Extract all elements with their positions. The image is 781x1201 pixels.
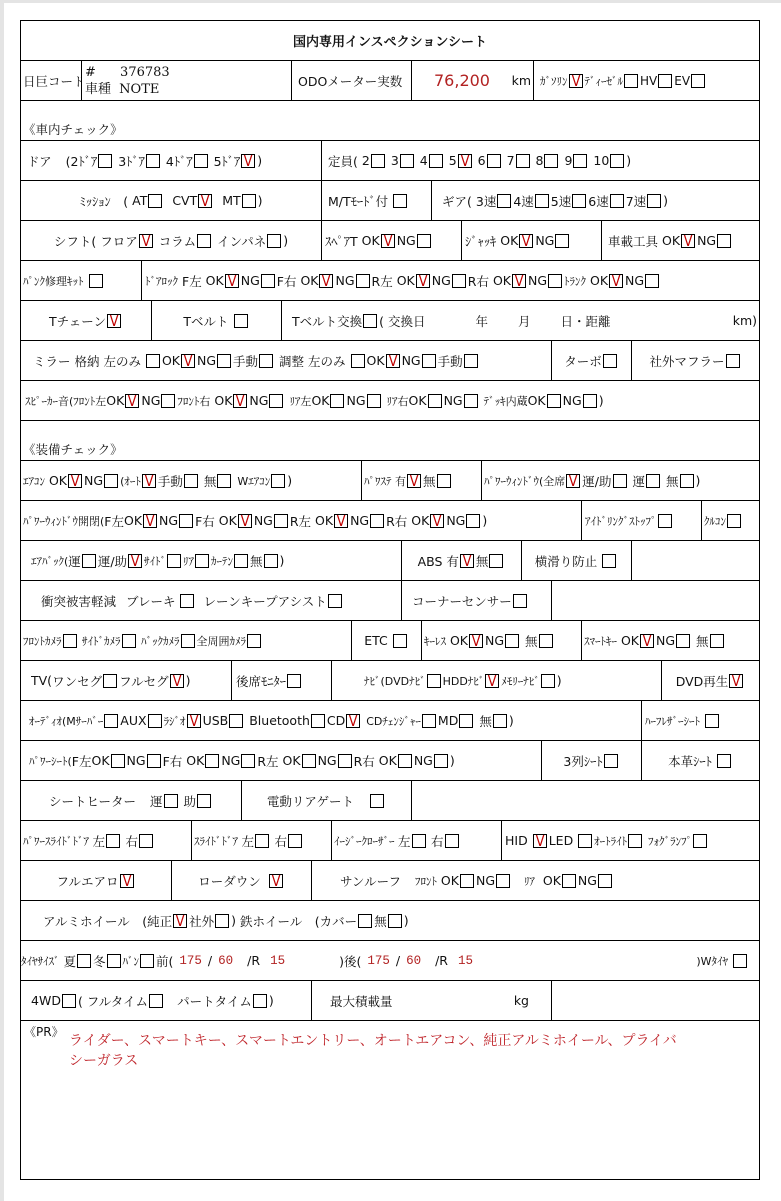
collision-row: 衝突被害軽減 ブレーキ レーンキープアシスト コーナーセンサー xyxy=(21,581,759,621)
jack-ok-checkbox[interactable] xyxy=(519,234,533,248)
power-slide-right[interactable] xyxy=(139,834,153,848)
aircon-w[interactable] xyxy=(271,474,285,488)
aircon-ok[interactable] xyxy=(68,474,82,488)
tbelt-checkbox[interactable] xyxy=(234,314,248,328)
pw-none[interactable] xyxy=(680,474,694,488)
capacity-5-label: 5 xyxy=(449,153,457,168)
shift-row: シフト( フロア コラム インパネ) ｽﾍﾟｱTOKNG ｼﾞｬｯｷOKNG 車… xyxy=(21,221,759,261)
led-checkbox[interactable] xyxy=(578,834,592,848)
pr-text: ライダー、スマートキー、スマートエントリー、オートエアコン、純正アルミホイール、… xyxy=(69,1031,689,1071)
model-value: NOTE xyxy=(119,82,159,97)
fuel-gasoline-checkbox[interactable] xyxy=(569,74,583,88)
back-camera-label: ﾊﾞｯｸｶﾒﾗ xyxy=(141,633,180,649)
sheet-title: 国内専用インスペクションシート xyxy=(21,21,759,60)
doorlock-fl-ng[interactable] xyxy=(261,274,275,288)
doorlock-rl-ok[interactable] xyxy=(416,274,430,288)
seat-heater-driver[interactable] xyxy=(164,794,178,808)
capacity-8-checkbox[interactable] xyxy=(544,154,558,168)
capacity-6-checkbox[interactable] xyxy=(487,154,501,168)
door-3-checkbox[interactable] xyxy=(146,154,160,168)
audio-radio[interactable] xyxy=(187,714,201,728)
gear-6-checkbox[interactable] xyxy=(610,194,624,208)
pw-open-rr-ng[interactable] xyxy=(466,514,480,528)
capacity-4-checkbox[interactable] xyxy=(429,154,443,168)
aircon-w-label: Wｴｱｺﾝ xyxy=(237,473,270,489)
navi-dvd-label: DVDﾅﾋﾞ xyxy=(385,673,426,689)
capacity-10-label: 10 xyxy=(593,153,609,168)
speaker-rl-ng[interactable] xyxy=(367,394,381,408)
navi-hdd[interactable] xyxy=(485,674,499,688)
cruise-checkbox[interactable] xyxy=(727,514,741,528)
shift-floor-checkbox[interactable] xyxy=(139,234,153,248)
power-seat-fl-label: F左 xyxy=(72,752,92,770)
airbag-driver-passenger[interactable] xyxy=(128,554,142,568)
capacity-5-checkbox[interactable] xyxy=(458,154,472,168)
airbag-rear[interactable] xyxy=(195,554,209,568)
cruise-label: ｸﾙｺﾝ xyxy=(704,513,726,529)
powersteer-none[interactable] xyxy=(437,474,451,488)
pw-open-row: ﾊﾟﾜｰｳｨﾝﾄﾞｳ開閉(F左OKNG F右 OKNG R左 OKNG R右 O… xyxy=(21,501,759,541)
pw-driver[interactable] xyxy=(646,474,660,488)
muffler-label: 社外マフラー xyxy=(649,352,724,370)
slide-left[interactable] xyxy=(255,834,269,848)
foglamp-checkbox[interactable] xyxy=(693,834,707,848)
corner-sensor-checkbox[interactable] xyxy=(513,594,527,608)
tire-van-checkbox[interactable] xyxy=(140,954,154,968)
tire-winter-label: 冬 xyxy=(93,952,106,970)
tire-winter-checkbox[interactable] xyxy=(107,954,121,968)
mirror-row: ミラー 格納 左のみOKNG手動 調整 左のみOKNG手動 ターボ 社外マフラー xyxy=(21,341,759,381)
airbag-side[interactable] xyxy=(167,554,181,568)
power-slide-cell: ﾊﾟﾜｰｽﾗｲﾄﾞﾄﾞｱ 左 右 xyxy=(23,821,191,860)
turbo-cell: ターボ xyxy=(551,341,631,380)
slide-right[interactable] xyxy=(288,834,302,848)
speaker-deck-ng[interactable] xyxy=(583,394,597,408)
door-3-label: 3ﾄﾞｱ xyxy=(118,152,145,170)
airbag-side-label: ｻｲﾄﾞ xyxy=(144,553,166,569)
mirror-fold-ok[interactable] xyxy=(181,354,195,368)
power-seat-row: ﾊﾟﾜｰｼｰﾄ(F左OKNG F右 OKNG R左 OKNG R右 OKNG) … xyxy=(21,741,759,781)
audio-cd-changer-label: CDﾁｪﾝｼﾞｬｰ xyxy=(366,713,421,729)
pw-driver-label: 運 xyxy=(633,472,646,490)
half-leather-checkbox[interactable] xyxy=(705,714,719,728)
parttime-checkbox[interactable] xyxy=(253,994,267,1008)
power-window-label: ﾊﾟﾜｰｳｨﾝﾄﾞｳ(全席 xyxy=(484,473,565,489)
aircon-manual-label: 手動 xyxy=(158,472,183,490)
side-camera-label: ｻｲﾄﾞｶﾒﾗ xyxy=(82,633,121,649)
tire-size-label: ﾀｲﾔｻｲｽﾞ xyxy=(21,953,60,969)
rear-monitor-checkbox[interactable] xyxy=(287,674,301,688)
power-seat-fr-ok[interactable] xyxy=(205,754,219,768)
airbag-curtain[interactable] xyxy=(234,554,248,568)
tbelt-exchange-cell: Tベルト交換 ( 交換日 年 月 日・距離 km) xyxy=(281,301,759,340)
exchange-date-label: ( 交換日 xyxy=(379,312,425,330)
leather-checkbox[interactable] xyxy=(717,754,731,768)
puncture-kit-label: ﾊﾟﾝｸ修理ｷｯﾄ xyxy=(23,273,84,289)
speaker-rl-ok[interactable] xyxy=(330,394,344,408)
odo-label: ODOメーター実数 xyxy=(291,61,411,100)
w-tire-checkbox[interactable] xyxy=(733,954,747,968)
tire-rear-r-label: /R xyxy=(435,953,448,968)
full-aero-cell: フルエアロ xyxy=(21,861,171,900)
fuel-ev-label: EV xyxy=(674,74,690,88)
etc-checkbox[interactable] xyxy=(393,634,407,648)
fuel-ev-checkbox[interactable] xyxy=(691,74,705,88)
slide-left-label: 左 xyxy=(242,832,255,850)
steel-none-checkbox[interactable] xyxy=(388,914,402,928)
sunroof-front-ok[interactable] xyxy=(460,874,474,888)
pw-open-rl-ok[interactable] xyxy=(334,514,348,528)
sunroof-label: サンルーフ xyxy=(340,872,401,890)
spare-label: ｽﾍﾟｱT xyxy=(325,232,358,250)
doorlock-cell: ﾄﾞｱﾛｯｸ F左 OKNG F右 OKNG R左 OKNG R右 OKNG ﾄ… xyxy=(141,261,759,300)
tv-navi-row: TV( ワンセグフルセグ) 後席ﾓﾆﾀｰ ﾅﾋﾞ( DVDﾅﾋﾞHDDﾅﾋﾞﾒﾓ… xyxy=(21,661,759,701)
mt-mode-label: M/Tﾓｰﾄﾞ付 xyxy=(328,192,388,210)
mirror-cell: ミラー 格納 左のみOKNG手動 調整 左のみOKNG手動 xyxy=(21,341,551,380)
shift-panel-label: インパネ xyxy=(217,232,266,250)
audio-bluetooth[interactable] xyxy=(311,714,325,728)
pw-open-rr-ok[interactable] xyxy=(430,514,444,528)
smartkey-cell: ｽﾏｰﾄｷｰ OKNG 無 xyxy=(581,621,759,660)
tools-ok-checkbox[interactable] xyxy=(681,234,695,248)
pw-driver-passenger[interactable] xyxy=(613,474,627,488)
interior-section-heading: 《車内チェック》 xyxy=(23,101,759,140)
shift-panel-checkbox[interactable] xyxy=(267,234,281,248)
spare-cell: ｽﾍﾟｱTOKNG xyxy=(321,221,461,260)
max-load-unit: kg xyxy=(514,993,529,1008)
tchain-label: Tチェーン xyxy=(49,312,106,330)
airbag-driver[interactable] xyxy=(82,554,96,568)
aircon-row: ｴｱｺﾝ OKNG(ｵｰﾄ手動 無 Wｴｱｺﾝ) ﾊﾟﾜｽﾃ 有無 ﾊﾟﾜｰｳｨ… xyxy=(21,461,759,501)
audio-cell: ｵｰﾃﾞｨｵ( MｻｰﾊﾞｰAUXﾗｼﾞｵUSB BluetoothCD CDﾁ… xyxy=(29,701,641,740)
dvd-play-checkbox[interactable] xyxy=(729,674,743,688)
gear-7-checkbox[interactable] xyxy=(647,194,661,208)
doorlock-rl-label: R左 xyxy=(372,272,393,290)
tire-summer-checkbox[interactable] xyxy=(77,954,91,968)
spare-ok-checkbox[interactable] xyxy=(381,234,395,248)
audio-cd-changer[interactable] xyxy=(422,714,436,728)
speaker-rr-ng[interactable] xyxy=(464,394,478,408)
power-seat-rl-ok[interactable] xyxy=(302,754,316,768)
mission-cvt-checkbox[interactable] xyxy=(198,194,212,208)
smartkey-ng[interactable] xyxy=(676,634,690,648)
slide-right-label: 右 xyxy=(275,832,288,850)
aircon-auto[interactable] xyxy=(142,474,156,488)
side-camera-checkbox[interactable] xyxy=(122,634,136,648)
power-window-all[interactable] xyxy=(566,474,580,488)
puncture-kit-checkbox[interactable] xyxy=(89,274,103,288)
turbo-label: ターボ xyxy=(564,352,602,370)
capacity-10-checkbox[interactable] xyxy=(610,154,624,168)
lowdown-checkbox[interactable] xyxy=(269,874,283,888)
tools-ng-checkbox[interactable] xyxy=(717,234,731,248)
third-row-checkbox[interactable] xyxy=(604,754,618,768)
drive-row: 4WD( フルタイム パートタイム) 最大積載量 kg xyxy=(21,981,759,1021)
tv-oneseg-label: ワンセグ xyxy=(52,672,102,690)
power-seat-fl-ok[interactable] xyxy=(111,754,125,768)
aircon-ng[interactable] xyxy=(104,474,118,488)
fourwd-checkbox[interactable] xyxy=(62,994,76,1008)
lane-keep-checkbox[interactable] xyxy=(328,594,342,608)
half-leather-label: ﾊｰﾌﾚｻﾞｰｼｰﾄ xyxy=(645,713,700,729)
power-rear-gate-checkbox[interactable] xyxy=(370,794,384,808)
easy-closer-left[interactable] xyxy=(412,834,426,848)
alloy-aftermarket-checkbox[interactable] xyxy=(215,914,229,928)
fuel-hv-checkbox[interactable] xyxy=(658,74,672,88)
mirror-fold-ng[interactable] xyxy=(217,354,231,368)
speaker-label: ｽﾋﾟｰｶｰ音( xyxy=(25,393,73,409)
power-slide-label: ﾊﾟﾜｰｽﾗｲﾄﾞﾄﾞｱ xyxy=(23,833,89,849)
mirror-adjust-left-only[interactable] xyxy=(351,354,365,368)
alloy-label: アルミホイール ( xyxy=(43,912,147,930)
doorlock-rl-ng[interactable] xyxy=(452,274,466,288)
gear-5-checkbox[interactable] xyxy=(572,194,586,208)
slide-label: ｽﾗｲﾄﾞﾄﾞｱ xyxy=(194,833,238,849)
turbo-checkbox[interactable] xyxy=(603,354,617,368)
gear-4-checkbox[interactable] xyxy=(535,194,549,208)
autolight-checkbox[interactable] xyxy=(628,834,642,848)
audio-md[interactable] xyxy=(459,714,473,728)
mission-cell: ﾐｯｼｮﾝ ( AT CVT MT) xyxy=(21,181,321,220)
audio-cd[interactable] xyxy=(346,714,360,728)
fulltime-checkbox[interactable] xyxy=(149,994,163,1008)
tools-cell: 車載工具OKNG xyxy=(601,221,759,260)
keyless-none[interactable] xyxy=(539,634,553,648)
odo-value: 76,200 xyxy=(434,71,490,90)
easy-closer-cell: ｲｰｼﾞｰｸﾛｰｻﾞｰ 左 右 xyxy=(331,821,501,860)
lane-keep-label: レーンキープアシスト xyxy=(204,592,327,610)
doorlock-rr-ng[interactable] xyxy=(548,274,562,288)
capacity-label: 定員( xyxy=(328,152,358,170)
tire-front-rim: 15 xyxy=(270,954,285,968)
audio-aux[interactable] xyxy=(148,714,162,728)
power-seat-rr-ok[interactable] xyxy=(398,754,412,768)
pw-open-fr-ok[interactable] xyxy=(238,514,252,528)
mirror-adjust-manual-label: 手動 xyxy=(438,352,463,370)
tv-cell: TV( ワンセグフルセグ) xyxy=(31,661,231,700)
seat-heater-row: シートヒーター 運 助 電動リアゲート xyxy=(21,781,759,821)
autolight-label: ｵｰﾄﾗｲﾄ xyxy=(594,833,627,849)
powersteer-yes[interactable] xyxy=(407,474,421,488)
speaker-deck-ok[interactable] xyxy=(547,394,561,408)
airbag-none-label: 無 xyxy=(250,552,263,570)
mirror-fold-left-only[interactable] xyxy=(146,354,160,368)
power-slide-left[interactable] xyxy=(106,834,120,848)
tire-rear-width: 175 xyxy=(367,954,390,968)
gear-3-checkbox[interactable] xyxy=(497,194,511,208)
door-cell: ドア (2ﾄﾞｱ 3ﾄﾞｱ 4ﾄﾞｱ 5ﾄﾞｱ) xyxy=(21,141,321,180)
muffler-cell: 社外マフラー xyxy=(631,341,759,380)
door-capacity-row: ドア (2ﾄﾞｱ 3ﾄﾞｱ 4ﾄﾞｱ 5ﾄﾞｱ) 定員( 2 3 4 5 6 7… xyxy=(21,141,759,181)
door-label: ドア xyxy=(27,152,52,170)
gear-6-label: 6速 xyxy=(588,192,608,210)
tbelt-exchange-label: Tベルト交換 xyxy=(292,312,362,330)
lowdown-cell: ローダウン xyxy=(171,861,311,900)
airbag-curtain-label: ｶｰﾃﾝ xyxy=(211,553,233,569)
abs-none[interactable] xyxy=(489,554,503,568)
smartkey-ok[interactable] xyxy=(640,634,654,648)
shift-floor-label: フロア xyxy=(100,232,138,250)
mirror-adjust-ng[interactable] xyxy=(422,354,436,368)
fuel-diesel-checkbox[interactable] xyxy=(624,74,638,88)
audio-none[interactable] xyxy=(493,714,507,728)
power-seat-rr-ng[interactable] xyxy=(434,754,448,768)
pw-open-fr-label: F右 xyxy=(195,512,215,530)
front-camera-checkbox[interactable] xyxy=(63,634,77,648)
aero-row: フルエアロ ローダウン サンルーフ ﾌﾛﾝﾄ OKNG ﾘｱ OKNG xyxy=(21,861,759,901)
power-seat-fl-ng[interactable] xyxy=(147,754,161,768)
audio-usb[interactable] xyxy=(229,714,243,728)
keyless-ok[interactable] xyxy=(469,634,483,648)
equipment-section-heading: 《装備チェック》 xyxy=(23,421,759,460)
power-seat-fr-ng[interactable] xyxy=(241,754,255,768)
smartkey-none[interactable] xyxy=(710,634,724,648)
fourwd-cell: 4WD( フルタイム パートタイム) xyxy=(31,981,311,1020)
pw-open-rl-ng[interactable] xyxy=(370,514,384,528)
around-camera-checkbox[interactable] xyxy=(247,634,261,648)
rear-monitor-cell: 後席ﾓﾆﾀｰ xyxy=(231,661,331,700)
audio-mserver[interactable] xyxy=(104,714,118,728)
steel-none-label: 無 xyxy=(374,912,387,930)
tchain-checkbox[interactable] xyxy=(107,314,121,328)
airbag-rear-label: ﾘｱ xyxy=(183,553,194,569)
full-aero-label: フルエアロ xyxy=(56,872,118,890)
brake-checkbox[interactable] xyxy=(180,594,194,608)
mission-mt-checkbox[interactable] xyxy=(242,194,256,208)
speaker-rl-label: ﾘｱ左 xyxy=(289,393,311,409)
powersteer-label: ﾊﾟﾜｽﾃ 有 xyxy=(364,473,406,489)
door-5-checkbox[interactable] xyxy=(241,154,255,168)
fuel-type-cell: ｶﾞｿﾘﾝ ﾃﾞｨｰｾﾞﾙ HV EV xyxy=(533,61,759,100)
page-margin-top xyxy=(0,0,781,3)
alloy-genuine-label: 純正 xyxy=(147,912,172,930)
mission-at-label: AT xyxy=(132,193,147,208)
hid-label: HID xyxy=(505,833,528,848)
tbelt-exchange-checkbox[interactable] xyxy=(363,314,377,328)
power-seat-rl-ng[interactable] xyxy=(338,754,352,768)
mirror-adjust-ok[interactable] xyxy=(386,354,400,368)
camera-cell: ﾌﾛﾝﾄｶﾒﾗ ｻｲﾄﾞｶﾒﾗ ﾊﾞｯｸｶﾒﾗ全周囲ｶﾒﾗ xyxy=(23,621,351,660)
sunroof-front-label: ﾌﾛﾝﾄ xyxy=(415,873,437,889)
mission-at-checkbox[interactable] xyxy=(148,194,162,208)
doorlock-trunk-label: ﾄﾗﾝｸ xyxy=(564,273,586,289)
capacity-9-checkbox[interactable] xyxy=(573,154,587,168)
alloy-genuine-checkbox[interactable] xyxy=(173,914,187,928)
tv-oneseg[interactable] xyxy=(103,674,117,688)
airbag-driver-label: 運 xyxy=(68,552,81,570)
muffler-checkbox[interactable] xyxy=(726,354,740,368)
tire-cell: ﾀｲﾔｻｲｽﾞ 夏 冬 ﾊﾞﾝ 前( 175 / 60 /R 15 )後( 17… xyxy=(21,941,759,980)
max-load-cell: 最大積載量 kg xyxy=(311,981,551,1020)
spare-ng-checkbox[interactable] xyxy=(417,234,431,248)
cruise-cell: ｸﾙｺﾝ xyxy=(701,501,759,540)
navi-memory[interactable] xyxy=(541,674,555,688)
aircon-none[interactable] xyxy=(217,474,231,488)
pw-open-fl-label: F左 xyxy=(104,512,124,530)
back-camera-checkbox[interactable] xyxy=(181,634,195,648)
capacity-2-checkbox[interactable] xyxy=(371,154,385,168)
capacity-6-label: 6 xyxy=(478,153,486,168)
doorlock-rr-label: R右 xyxy=(468,272,489,290)
sunroof-front-ng[interactable] xyxy=(496,874,510,888)
doorlock-fr-label: F右 xyxy=(277,272,297,290)
shift-column-checkbox[interactable] xyxy=(197,234,211,248)
abs-none-label: 無 xyxy=(476,552,489,570)
odo-cell: 76,200 km xyxy=(411,61,533,100)
keyless-ng[interactable] xyxy=(505,634,519,648)
speaker-fr-ng[interactable] xyxy=(269,394,283,408)
door-4-checkbox[interactable] xyxy=(194,154,208,168)
speaker-fl-ng[interactable] xyxy=(161,394,175,408)
steel-cover-checkbox[interactable] xyxy=(358,914,372,928)
fuel-gasoline-label: ｶﾞｿﾘﾝ xyxy=(540,73,568,89)
capacity-7-checkbox[interactable] xyxy=(516,154,530,168)
capacity-9-label: 9 xyxy=(564,153,572,168)
sunroof-rear-ng[interactable] xyxy=(598,874,612,888)
title-row: 国内専用インスペクションシート xyxy=(21,21,759,61)
tbelt-cell: Tベルト xyxy=(151,301,281,340)
pw-open-fr-ng[interactable] xyxy=(274,514,288,528)
idling-stop-checkbox[interactable] xyxy=(658,514,672,528)
speaker-rr-ok[interactable] xyxy=(428,394,442,408)
doorlock-trunk-ng[interactable] xyxy=(645,274,659,288)
pw-open-rr-label: R右 xyxy=(386,512,407,530)
door-4-label: 4ﾄﾞｱ xyxy=(166,152,193,170)
pw-open-fl-ok[interactable] xyxy=(143,514,157,528)
hid-checkbox[interactable] xyxy=(533,834,547,848)
doorlock-fr-ok[interactable] xyxy=(319,274,333,288)
capacity-3-checkbox[interactable] xyxy=(400,154,414,168)
pw-none-label: 無 xyxy=(666,472,679,490)
month-label: 月 xyxy=(518,312,531,330)
aircon-manual[interactable] xyxy=(184,474,198,488)
door-2-checkbox[interactable] xyxy=(98,154,112,168)
leather-label: 本革ｼｰﾄ xyxy=(668,752,712,770)
speaker-fr-ok[interactable] xyxy=(233,394,247,408)
fuel-hv-label: HV xyxy=(640,74,657,88)
pw-driver-passenger-label: 運/助 xyxy=(582,472,611,490)
audio-none-label: 無 xyxy=(479,712,492,730)
abs-yes[interactable] xyxy=(460,554,474,568)
seat-heater-passenger[interactable] xyxy=(197,794,211,808)
mirror-fold-manual[interactable] xyxy=(259,354,273,368)
number-prefix: # xyxy=(85,65,96,80)
easy-closer-right[interactable] xyxy=(445,834,459,848)
speaker-fl-ok[interactable] xyxy=(125,394,139,408)
full-aero-checkbox[interactable] xyxy=(120,874,134,888)
tv-fullseg[interactable] xyxy=(170,674,184,688)
navi-dvd[interactable] xyxy=(427,674,441,688)
sunroof-rear-ok[interactable] xyxy=(562,874,576,888)
gear-5-label: 5速 xyxy=(551,192,571,210)
tv-label: TV( xyxy=(31,673,52,688)
doorlock-rr-ok[interactable] xyxy=(512,274,526,288)
doorlock-fr-ng[interactable] xyxy=(356,274,370,288)
mt-mode-checkbox[interactable] xyxy=(393,194,407,208)
audio-cd-label: CD xyxy=(327,713,345,728)
fourwd-label: 4WD xyxy=(31,993,61,1008)
airbag-none[interactable] xyxy=(264,554,278,568)
pw-open-fl-ng[interactable] xyxy=(179,514,193,528)
jack-ng-checkbox[interactable] xyxy=(555,234,569,248)
skid-checkbox[interactable] xyxy=(602,554,616,568)
doorlock-fl-ok[interactable] xyxy=(225,274,239,288)
collision-label: 衝突被害軽減 xyxy=(41,592,116,610)
odo-unit: km xyxy=(512,73,531,88)
mirror-adjust-manual[interactable] xyxy=(464,354,478,368)
doorlock-trunk-ok[interactable] xyxy=(609,274,623,288)
stock-number: 376783 xyxy=(120,65,170,80)
